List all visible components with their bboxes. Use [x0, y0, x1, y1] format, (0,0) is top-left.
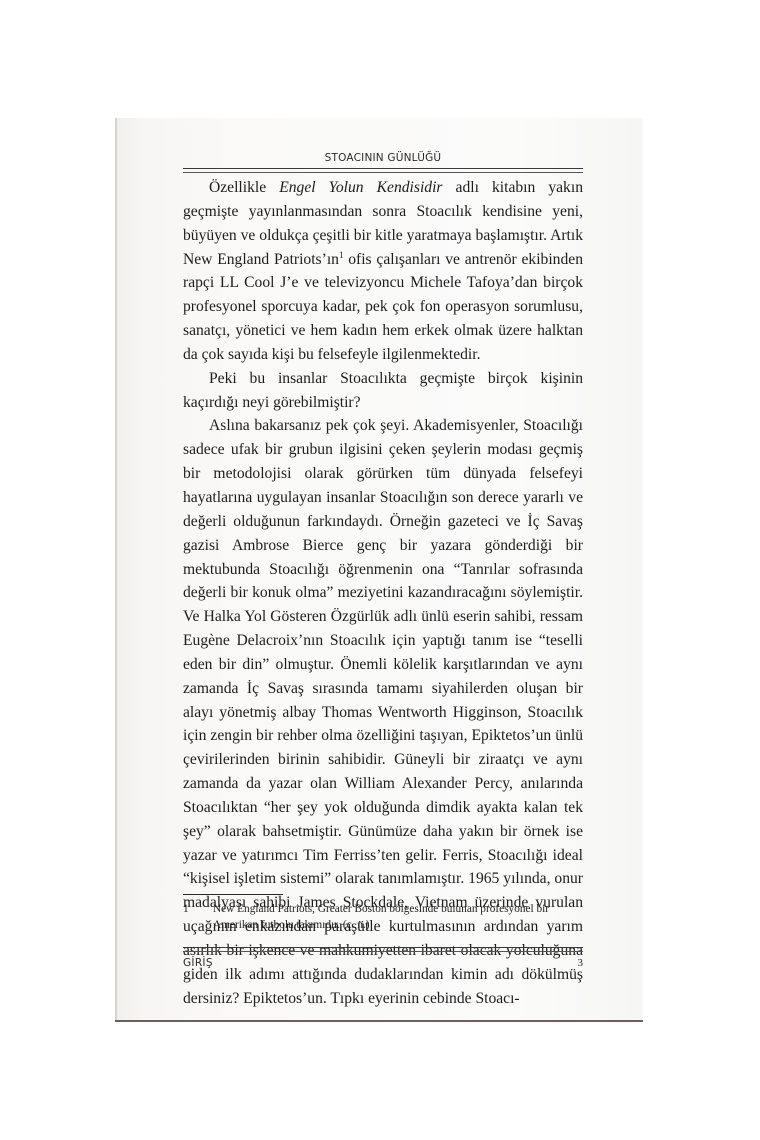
body-text: Özellikle Engel Yolun Kendisidir adlı ki…: [183, 176, 583, 1011]
running-head: STOACININ GÜNLÜĞÜ: [183, 152, 583, 164]
section-label: GİRİŞ: [183, 957, 213, 969]
footnote-text: New England Patriots, Greater Boston böl…: [213, 901, 583, 933]
paragraph-1: Özellikle Engel Yolun Kendisidir adlı ki…: [183, 176, 583, 367]
page-number: 3: [578, 957, 584, 969]
footnote-number: 1: [183, 901, 213, 933]
footer-double-rule: [183, 947, 583, 952]
footnote-separator: [183, 894, 283, 895]
paragraph-2: Peki bu insanlar Stoacılıkta geçmişte bi…: [183, 367, 583, 415]
book-title: Engel Yolun Kendisidir: [279, 179, 442, 196]
book-page: STOACININ GÜNLÜĞÜ Özellikle Engel Yolun …: [115, 118, 643, 1022]
header-double-rule: [183, 168, 583, 173]
footnote: 1 New England Patriots, Greater Boston b…: [183, 901, 583, 933]
